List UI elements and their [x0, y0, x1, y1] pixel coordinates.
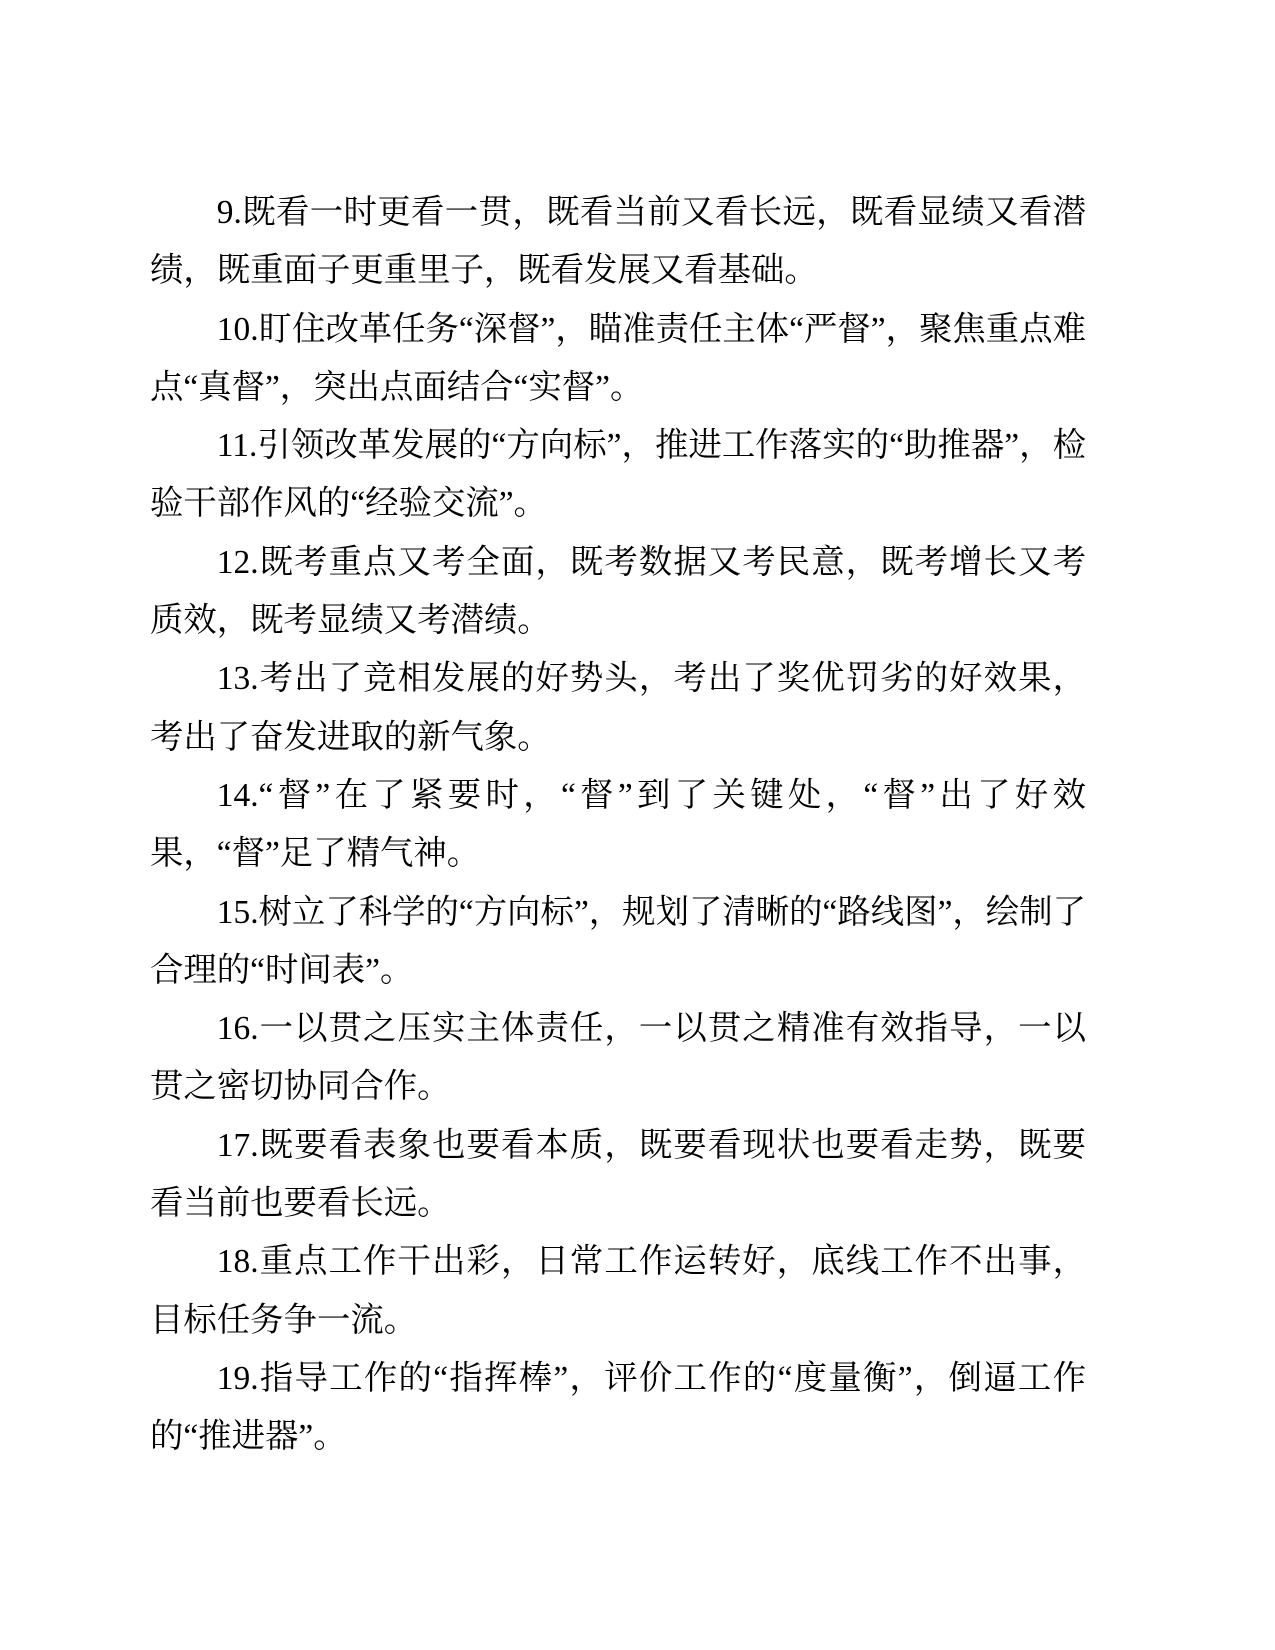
list-item-17: 17.既要看表象也要看本质，既要看现状也要看走势，既要看当前也要看长远。: [150, 1117, 1086, 1234]
list-item-19: 19.指导工作的“指挥棒”，评价工作的“度量衡”，倒逼工作的“推进器”。: [150, 1350, 1086, 1467]
list-item-15: 15.树立了科学的“方向标”，规划了清晰的“路线图”，绘制了合理的“时间表”。: [150, 884, 1086, 1001]
list-item-18: 18.重点工作干出彩，日常工作运转好，底线工作不出事，目标任务争一流。: [150, 1233, 1086, 1350]
list-item-14: 14.“督”在了紧要时，“督”到了关键处，“督”出了好效果，“督”足了精气神。: [150, 767, 1086, 884]
document-page: 9.既看一时更看一贯，既看当前又看长远，既看显绩又看潜绩，既重面子更重里子，既看…: [0, 0, 1275, 1650]
list-item-9: 9.既看一时更看一贯，既看当前又看长远，既看显绩又看潜绩，既重面子更重里子，既看…: [150, 184, 1086, 301]
list-item-16: 16.一以贯之压实主体责任，一以贯之精准有效指导，一以贯之密切协同合作。: [150, 1000, 1086, 1117]
list-item-13: 13.考出了竞相发展的好势头，考出了奖优罚劣的好效果，考出了奋发进取的新气象。: [150, 650, 1086, 767]
list-item-10: 10.盯住改革任务“深督”，瞄准责任主体“严督”，聚焦重点难点“真督”，突出点面…: [150, 301, 1086, 418]
list-item-12: 12.既考重点又考全面，既考数据又考民意，既考增长又考质效，既考显绩又考潜绩。: [150, 534, 1086, 651]
list-item-11: 11.引领改革发展的“方向标”，推进工作落实的“助推器”，检验干部作风的“经验交…: [150, 417, 1086, 534]
document-body: 9.既看一时更看一贯，既看当前又看长远，既看显绩又看潜绩，既重面子更重里子，既看…: [150, 184, 1086, 1467]
